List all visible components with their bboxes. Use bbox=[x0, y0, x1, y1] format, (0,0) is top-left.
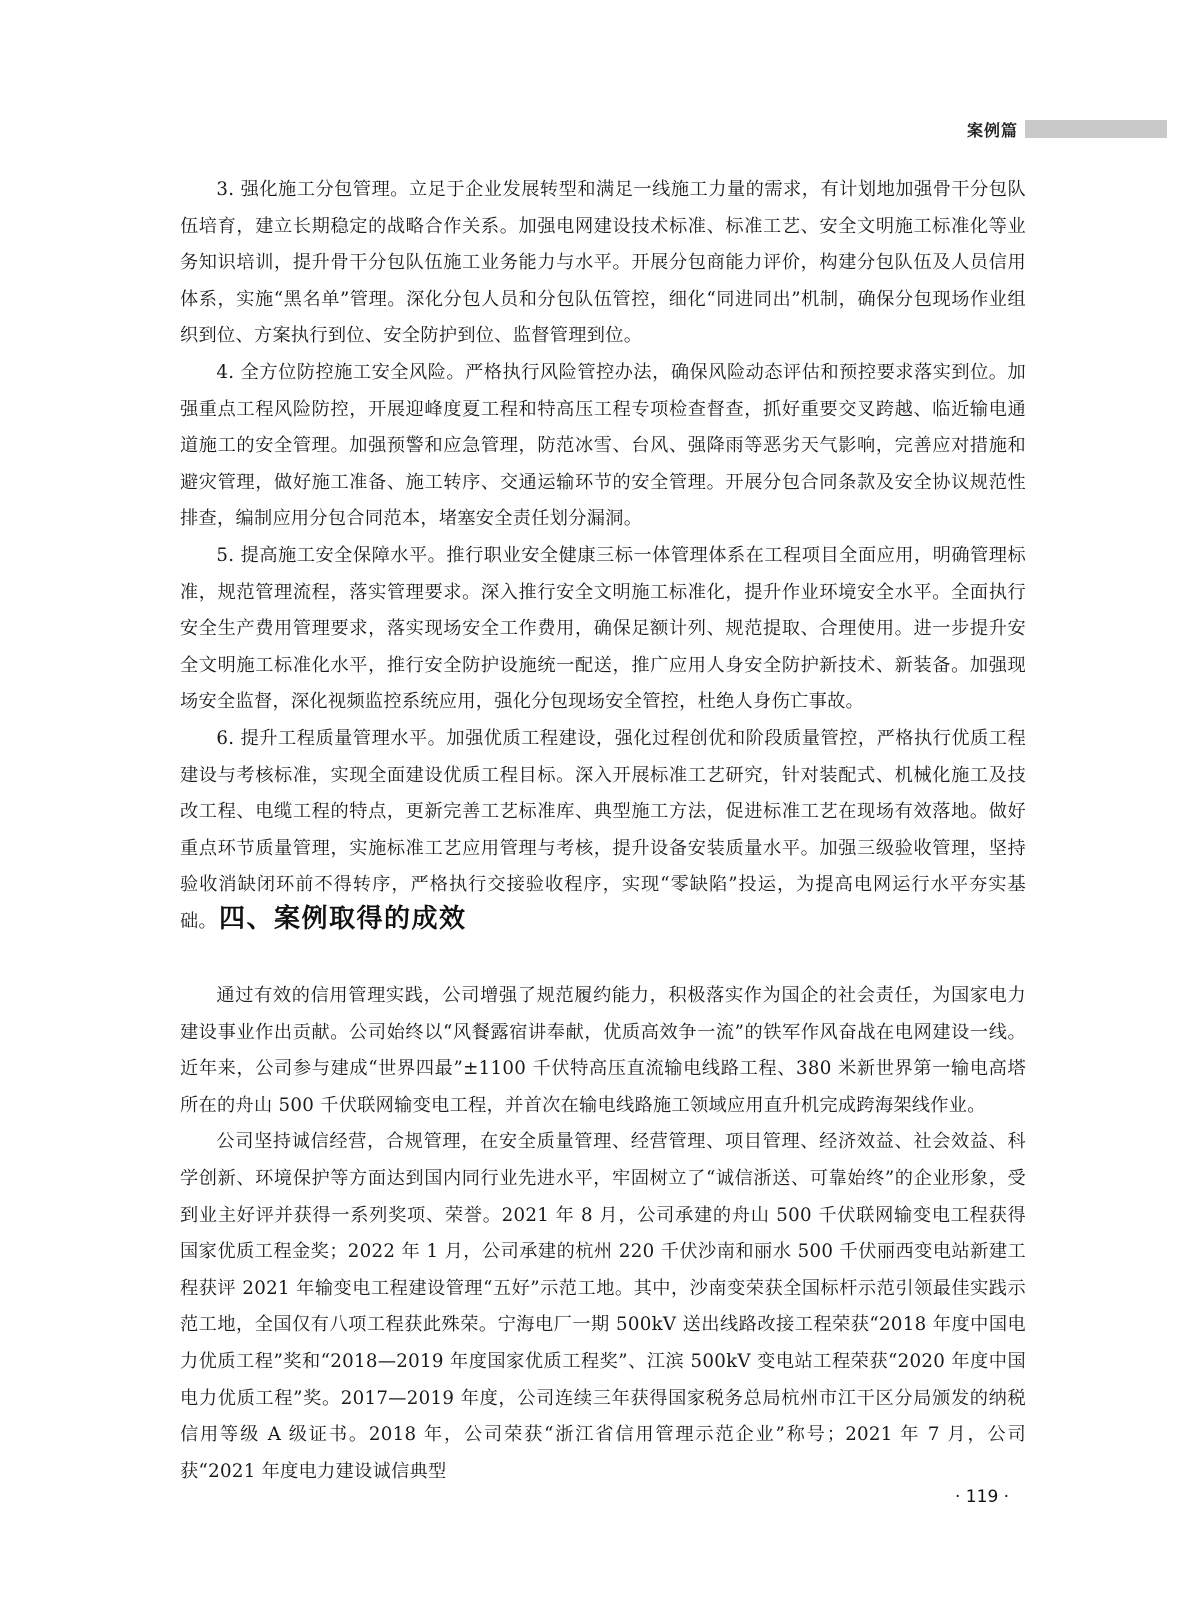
body-text-part1: 3. 强化施工分包管理。立足于企业发展转型和满足一线施工力量的需求，有计划地加强… bbox=[180, 172, 1026, 940]
page-number: · 119 · bbox=[955, 1487, 1009, 1507]
paragraph-results-2: 公司坚持诚信经营，合规管理，在安全质量管理、经营管理、项目管理、经济效益、社会效… bbox=[180, 1124, 1026, 1490]
section-label: 案例篇 bbox=[967, 118, 1018, 141]
body-text-part2: 通过有效的信用管理实践，公司增强了规范履约能力，积极落实作为国企的社会责任，为国… bbox=[180, 978, 1026, 1490]
running-header: 案例篇 bbox=[967, 118, 1018, 140]
section-heading: 四、案例取得的成效 bbox=[219, 898, 467, 935]
paragraph-item-5: 5. 提高施工安全保障水平。推行职业安全健康三标一体管理体系在工程项目全面应用，… bbox=[180, 538, 1026, 721]
paragraph-item-4: 4. 全方位防控施工安全风险。严格执行风险管控办法，确保风险动态评估和预控要求落… bbox=[180, 355, 1026, 538]
paragraph-item-3: 3. 强化施工分包管理。立足于企业发展转型和满足一线施工力量的需求，有计划地加强… bbox=[180, 172, 1026, 355]
paragraph-results-1: 通过有效的信用管理实践，公司增强了规范履约能力，积极落实作为国企的社会责任，为国… bbox=[180, 978, 1026, 1124]
header-bar-decoration bbox=[1025, 120, 1167, 138]
